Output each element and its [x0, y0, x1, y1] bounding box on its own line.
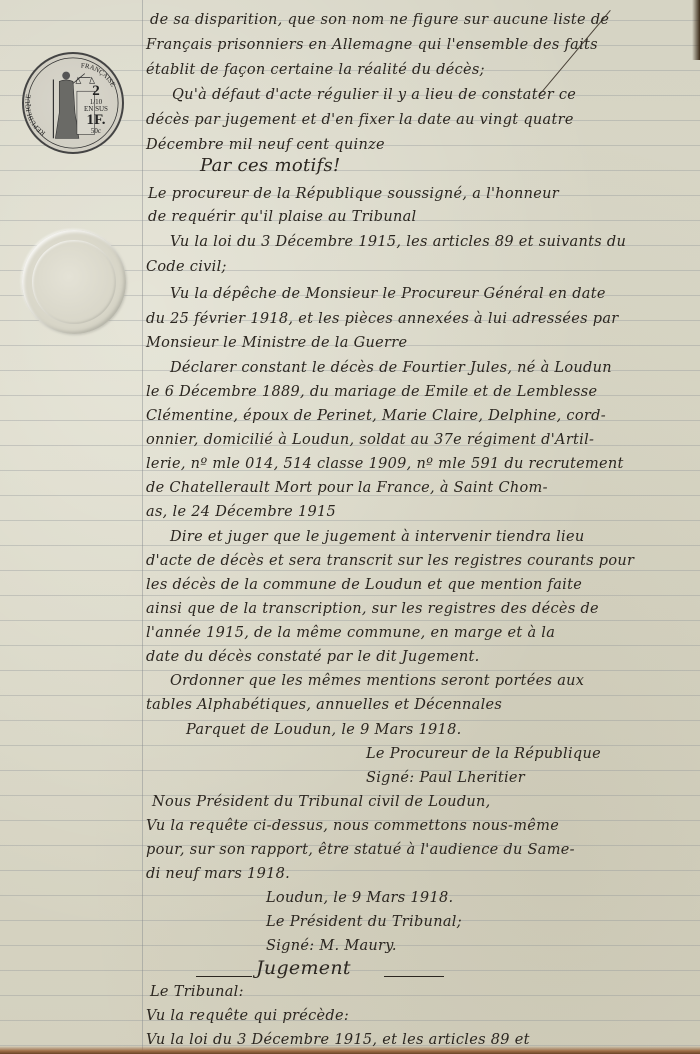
- text-line: décès par jugement et d'en fixer la date…: [146, 110, 574, 130]
- text-line: de sa disparition, que son nom ne figure…: [150, 10, 609, 30]
- text-line: Le Tribunal:: [150, 982, 244, 1002]
- section-title-jugement: Jugement: [256, 958, 351, 978]
- text-line: d'acte de décès et sera transcrit sur le…: [146, 551, 634, 571]
- text-line: Vu la loi du 3 Décembre 1915, et les art…: [146, 1030, 530, 1050]
- text-line: de requérir qu'il plaise au Tribunal: [148, 207, 417, 227]
- text-line: Déclarer constant le décès de Fourtier J…: [170, 358, 612, 378]
- text-line: Nous Président du Tribunal civil de Loud…: [152, 792, 491, 812]
- text-line: Monsieur le Ministre de la Guerre: [146, 333, 407, 353]
- text-line: Dire et juger que le jugement à interven…: [170, 527, 585, 547]
- title-rule-left: [196, 976, 252, 977]
- text-line: les décès de la commune de Loudun et que…: [146, 575, 582, 595]
- text-line: Signé: M. Maury.: [266, 936, 397, 956]
- text-line: pour, sur son rapport, être statué à l'a…: [146, 840, 575, 860]
- text-line: Parquet de Loudun, le 9 Mars 1918.: [186, 720, 462, 740]
- text-line: Vu la dépêche de Monsieur le Procureur G…: [170, 284, 606, 304]
- text-line: as, le 24 Décembre 1915: [146, 502, 336, 522]
- text-line: Signé: Paul Lheritier: [366, 768, 525, 788]
- text-line: Qu'à défaut d'acte régulier il y a lieu …: [172, 85, 576, 105]
- text-line: Vu la requête qui précède:: [146, 1006, 349, 1026]
- title-rule-right: [384, 976, 444, 977]
- text-line: Le Procureur de la République: [366, 744, 601, 764]
- text-line: de Chatellerault Mort pour la France, à …: [146, 478, 548, 498]
- text-line: tables Alphabétiques, annuelles et Décen…: [146, 695, 502, 715]
- text-line: Ordonner que les mêmes mentions seront p…: [170, 671, 584, 691]
- text-line: Code civil;: [146, 257, 227, 277]
- text-line: du 25 février 1918, et les pièces annexé…: [146, 309, 619, 329]
- text-line: Vu la loi du 3 Décembre 1915, les articl…: [170, 232, 626, 252]
- document-page: REPUBLIQUE FRANÇAISE 2 1/10 EN SUS 1F. 5…: [0, 0, 700, 1054]
- handwritten-text: de sa disparition, que son nom ne figure…: [0, 0, 700, 1054]
- text-line: Le Président du Tribunal;: [266, 912, 462, 932]
- text-line: Décembre mil neuf cent quinze: [146, 135, 385, 155]
- text-line: établit de façon certaine la réalité du …: [146, 60, 485, 80]
- text-line: di neuf mars 1918.: [146, 864, 290, 884]
- text-line: ainsi que de la transcription, sur les r…: [146, 599, 599, 619]
- text-line: onnier, domicilié à Loudun, soldat au 37…: [146, 430, 594, 450]
- text-line: Clémentine, époux de Perinet, Marie Clai…: [146, 406, 606, 426]
- text-line: Français prisonniers en Allemagne qui l'…: [146, 35, 598, 55]
- text-line: le 6 Décembre 1889, du mariage de Emile …: [146, 382, 597, 402]
- text-line: Loudun, le 9 Mars 1918.: [266, 888, 453, 908]
- section-heading: Par ces motifs!: [200, 156, 341, 176]
- text-line: l'année 1915, de la même commune, en mar…: [146, 623, 555, 643]
- text-line: Le procureur de la République soussigné,…: [148, 184, 559, 204]
- text-line: Vu la requête ci-dessus, nous commettons…: [146, 816, 559, 836]
- text-line: lerie, nº mle 014, 514 classe 1909, nº m…: [146, 454, 624, 474]
- text-line: date du décès constaté par le dit Jugeme…: [146, 647, 480, 667]
